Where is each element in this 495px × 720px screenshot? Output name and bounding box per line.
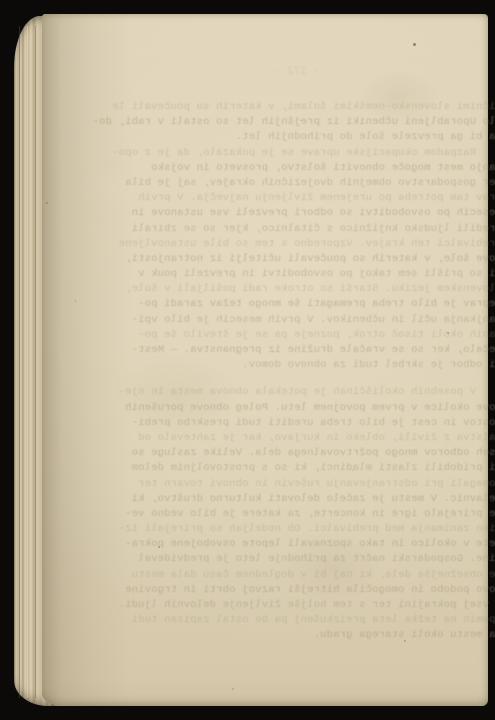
paper-speck: [75, 300, 76, 302]
show-through-line: jine. Gospodarski načrt za prihodnje let…: [98, 552, 495, 567]
show-through-line: Razpadom okupacijske uprave se je pokaza…: [98, 146, 495, 161]
show-through-line: V posebnih okoliščinah je potekala obnov…: [98, 385, 495, 400]
show-through-line: na mestu okoli starega gradu.: [98, 628, 495, 643]
show-through-line: da bi ga prevzele šole do prihodnjih let…: [98, 130, 495, 145]
show-through-line: gove okolice v prvem povojnem letu. Pole…: [98, 401, 495, 416]
show-through-line: v vsej pokrajini ter s tem boljše življe…: [98, 598, 495, 613]
show-through-line: si pridobili zlasti mladinci, ki so s pr…: [98, 461, 495, 476]
paper-speck: [447, 332, 449, 334]
book-page: - 172 - ličnimi slovensko-nemškimi šolam…: [42, 14, 488, 706]
show-through-paragraph: V posebnih okoliščinah je potekala obnov…: [98, 385, 495, 643]
show-through-line: uredili ljudsko knjižnico s čitalnico, k…: [98, 222, 495, 237]
show-through-line: sanih okoli tisoč otrok, pozneje pa se j…: [98, 328, 495, 343]
show-through-line: ki so prišli sem takoj po osvoboditvi in…: [98, 267, 495, 282]
paper-speck: [460, 560, 461, 561]
show-through-line: manjkanja učil in učbenikov. V prvih mes…: [98, 313, 495, 328]
show-through-line: ranjo mest mogoče obnoviti šolstvo, pros…: [98, 161, 495, 176]
paper-speck: [158, 546, 160, 548]
scanned-book: - 172 - ličnimi slovensko-nemškimi šolam…: [0, 0, 495, 720]
show-through-line: liko zanimanja med prebivalci. Ob nedelj…: [98, 522, 495, 537]
show-through-line: ni odbor je skrbel tudi za obnovo domov.: [98, 358, 495, 373]
show-through-line: slovenskem jeziku. Starši so otroke radi…: [98, 282, 495, 297]
show-through-line: večalo, ker so se vračale družine iz pre…: [98, 343, 495, 358]
paper-speck: [46, 202, 48, 204]
show-through-line: novo podobo in omogočila hitrejši razvoj…: [98, 583, 495, 598]
show-through-line: prebivalci teh krajev. Vzporedno s tem s…: [98, 237, 495, 252]
paper-speck: [352, 470, 353, 471]
page-edge-line: [27, 26, 28, 698]
show-through-line: prav tam potreba po urejenem življenju n…: [98, 191, 495, 206]
show-through-line: je prirejalo igre in koncerte, za katere…: [98, 507, 495, 522]
paper-speck: [413, 43, 416, 46]
show-through-line: vseh odborov mnogo požrtvovalnega dela. …: [98, 446, 495, 461]
page-number-mark: - 172 -: [247, 66, 347, 78]
show-through-line: še obsežnejša dela, ki naj bi v dogledne…: [98, 568, 495, 583]
show-through-line: valstva z živili, obleko in kurjavo, kar…: [98, 431, 495, 446]
show-through-line: klo Uporabljeni učbeniki iz prejšnjih le…: [98, 115, 495, 130]
paper-speck: [232, 688, 234, 690]
show-through-line: pomagali pri odstranjevanju ruševin in o…: [98, 477, 495, 492]
show-through-line: ter gospodarstvo obmejnih dvojezičnih ok…: [98, 176, 495, 191]
show-through-line: čeprav je bilo treba premagati še mnogo …: [98, 297, 495, 312]
show-through-paragraph: Razpadom okupacijske uprave se je pokaza…: [98, 146, 495, 374]
show-through-line: ličnimi slovensko-nemškimi šolami, v kat…: [98, 100, 495, 115]
page-edge-line: [35, 26, 36, 698]
show-through-line: delavnic. V mestu je začelo delovati kul…: [98, 492, 495, 507]
show-through-paragraph: ličnimi slovensko-nemškimi šolami, v kat…: [98, 100, 495, 146]
show-through-line: nove šole, v katerih so poučevali učitel…: [98, 252, 495, 267]
show-through-line: Spomin na težka leta preizkušenj pa bo o…: [98, 613, 495, 628]
paper-speck: [404, 640, 406, 642]
page-edge-line: [19, 26, 20, 698]
show-through-line: mesecih po osvoboditvi so odbori prevzel…: [98, 206, 495, 221]
show-through-line: lete v okolico in tako spoznavali lepote…: [98, 537, 495, 552]
show-through-line: mostov in cest je bilo treba urediti tud…: [98, 416, 495, 431]
paper-speck: [300, 120, 301, 121]
show-through-text: ličnimi slovensko-nemškimi šolami, v kat…: [98, 100, 495, 644]
